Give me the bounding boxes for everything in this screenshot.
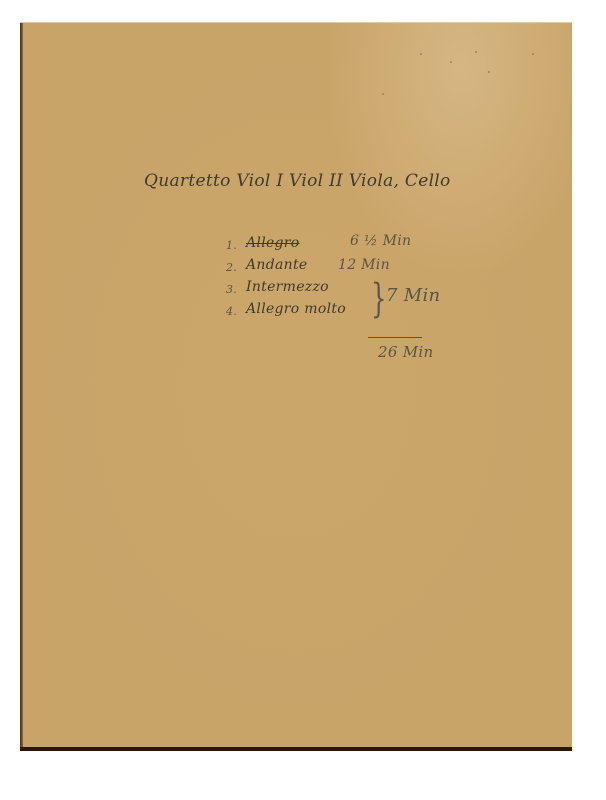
paper-speck (382, 93, 384, 95)
movement-name: Allegro molto (246, 301, 346, 317)
manuscript-page: Quartetto Viol I Viol II Viola, Cello 1.… (20, 22, 572, 748)
total-duration: 26 Min (378, 343, 433, 361)
combined-duration: 7 Min (386, 285, 440, 306)
movement-number: 2. (226, 261, 237, 274)
page-bottom-edge (20, 747, 572, 751)
paper-speck (488, 71, 490, 73)
movement-name: Intermezzo (246, 279, 329, 295)
movement-number: 4. (226, 305, 237, 318)
sum-rule (368, 337, 422, 338)
movement-name: Allegro (246, 235, 300, 251)
movement-number: 1. (226, 239, 237, 252)
manuscript-title: Quartetto Viol I Viol II Viola, Cello (144, 171, 451, 191)
movement-number: 3. (226, 283, 237, 296)
paper-speck (532, 53, 534, 55)
movement-duration: 6 ½ Min (350, 233, 411, 249)
paper-speck (420, 53, 422, 55)
movement-duration: 12 Min (338, 257, 390, 273)
page-left-edge (20, 23, 23, 748)
paper-speck (475, 51, 477, 53)
brace-icon: } (371, 279, 386, 319)
movement-name: Andante (246, 257, 307, 273)
paper-speck (450, 61, 452, 63)
